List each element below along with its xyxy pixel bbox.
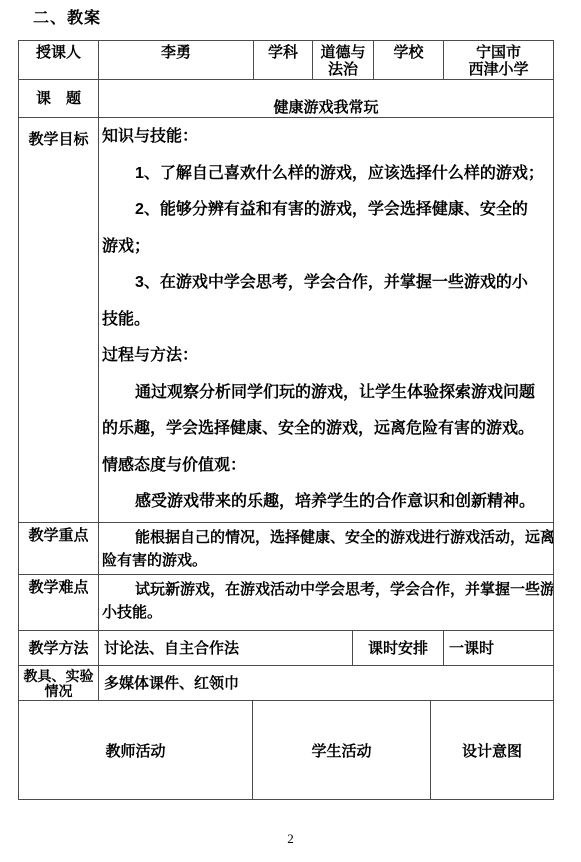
text-line: 情感态度与价值观： (102, 448, 550, 485)
key-points-content: 能根据自己的情况，选择健康、安全的游戏进行游戏活动，远离危险有害的游戏。 (99, 523, 553, 574)
teacher-value: 李勇 (99, 41, 254, 79)
difficulties-label: 教学难点 (19, 575, 99, 630)
text-line: 小技能。 (102, 601, 550, 624)
text-line: 险有害的游戏。 (102, 549, 550, 572)
table-row-activity-headers: 教师活动 学生活动 设计意图 (19, 701, 553, 799)
schedule-value: 一课时 (444, 631, 553, 665)
teacher-label: 授课人 (19, 41, 99, 79)
table-row-key-points: 教学重点 能根据自己的情况，选择健康、安全的游戏进行游戏活动，远离危险有害的游戏… (19, 523, 553, 575)
document-page: 二、教案 授课人 李勇 学科 道德与 法治 学校 宁国市 西津小学 课 题 健康… (0, 9, 581, 847)
table-row-objectives: 教学目标 知识与技能：1、了解自己喜欢什么样的游戏，应该选择什么样的游戏；2、能… (19, 118, 553, 523)
aids-label: 教具、实验 情况 (19, 666, 99, 700)
table-row-difficulties: 教学难点 试玩新游戏，在游戏活动中学会思考，学会合作，并掌握一些游戏小技能。 (19, 575, 553, 631)
text-line: 过程与方法： (102, 338, 550, 375)
student-activity-header: 学生活动 (253, 701, 431, 799)
text-line: 能根据自己的情况，选择健康、安全的游戏进行游戏活动，远离危 (102, 526, 550, 549)
teacher-activity-header: 教师活动 (19, 701, 253, 799)
page-number: 2 (0, 831, 581, 847)
text-line: 2、能够分辨有益和有害的游戏，学会选择健康、安全的 (102, 192, 550, 229)
design-intent-header: 设计意图 (431, 701, 553, 799)
text-line: 知识与技能： (102, 119, 550, 156)
section-title: 二、教案 (33, 9, 581, 29)
school-label: 学校 (374, 41, 444, 79)
table-row-topic: 课 题 健康游戏我常玩 (19, 80, 553, 118)
objectives-content: 知识与技能：1、了解自己喜欢什么样的游戏，应该选择什么样的游戏；2、能够分辨有益… (99, 118, 553, 522)
text-line: 感受游戏带来的乐趣，培养学生的合作意识和创新精神。 (102, 484, 550, 521)
subject-value: 道德与 法治 (313, 41, 374, 79)
objectives-label: 教学目标 (19, 118, 99, 522)
text-line: 通过观察分析同学们玩的游戏，让学生体验探索游戏问题 (102, 375, 550, 412)
subject-label: 学科 (254, 41, 313, 79)
topic-value: 健康游戏我常玩 (99, 80, 553, 117)
methods-value: 讨论法、自主合作法 (99, 631, 353, 665)
topic-label: 课 题 (19, 80, 99, 117)
table-row-methods: 教学方法 讨论法、自主合作法 课时安排 一课时 (19, 631, 553, 666)
key-points-label: 教学重点 (19, 523, 99, 574)
lesson-plan-table: 授课人 李勇 学科 道德与 法治 学校 宁国市 西津小学 课 题 健康游戏我常玩… (18, 40, 554, 800)
text-line: 的乐趣，学会选择健康、安全的游戏，远离危险有害的游戏。 (102, 411, 550, 448)
text-line: 1、了解自己喜欢什么样的游戏，应该选择什么样的游戏； (102, 156, 550, 193)
difficulties-content: 试玩新游戏，在游戏活动中学会思考，学会合作，并掌握一些游戏小技能。 (99, 575, 553, 630)
school-value: 宁国市 西津小学 (444, 41, 553, 79)
text-line: 游戏； (102, 229, 550, 266)
text-line: 试玩新游戏，在游戏活动中学会思考，学会合作，并掌握一些游戏 (102, 578, 550, 601)
text-line: 3、在游戏中学会思考，学会合作，并掌握一些游戏的小 (102, 265, 550, 302)
table-row-header-info: 授课人 李勇 学科 道德与 法治 学校 宁国市 西津小学 (19, 41, 553, 80)
text-line: 技能。 (102, 302, 550, 339)
table-row-aids: 教具、实验 情况 多媒体课件、红领巾 (19, 666, 553, 701)
methods-label: 教学方法 (19, 631, 99, 665)
aids-value: 多媒体课件、红领巾 (99, 666, 553, 700)
schedule-label: 课时安排 (353, 631, 444, 665)
